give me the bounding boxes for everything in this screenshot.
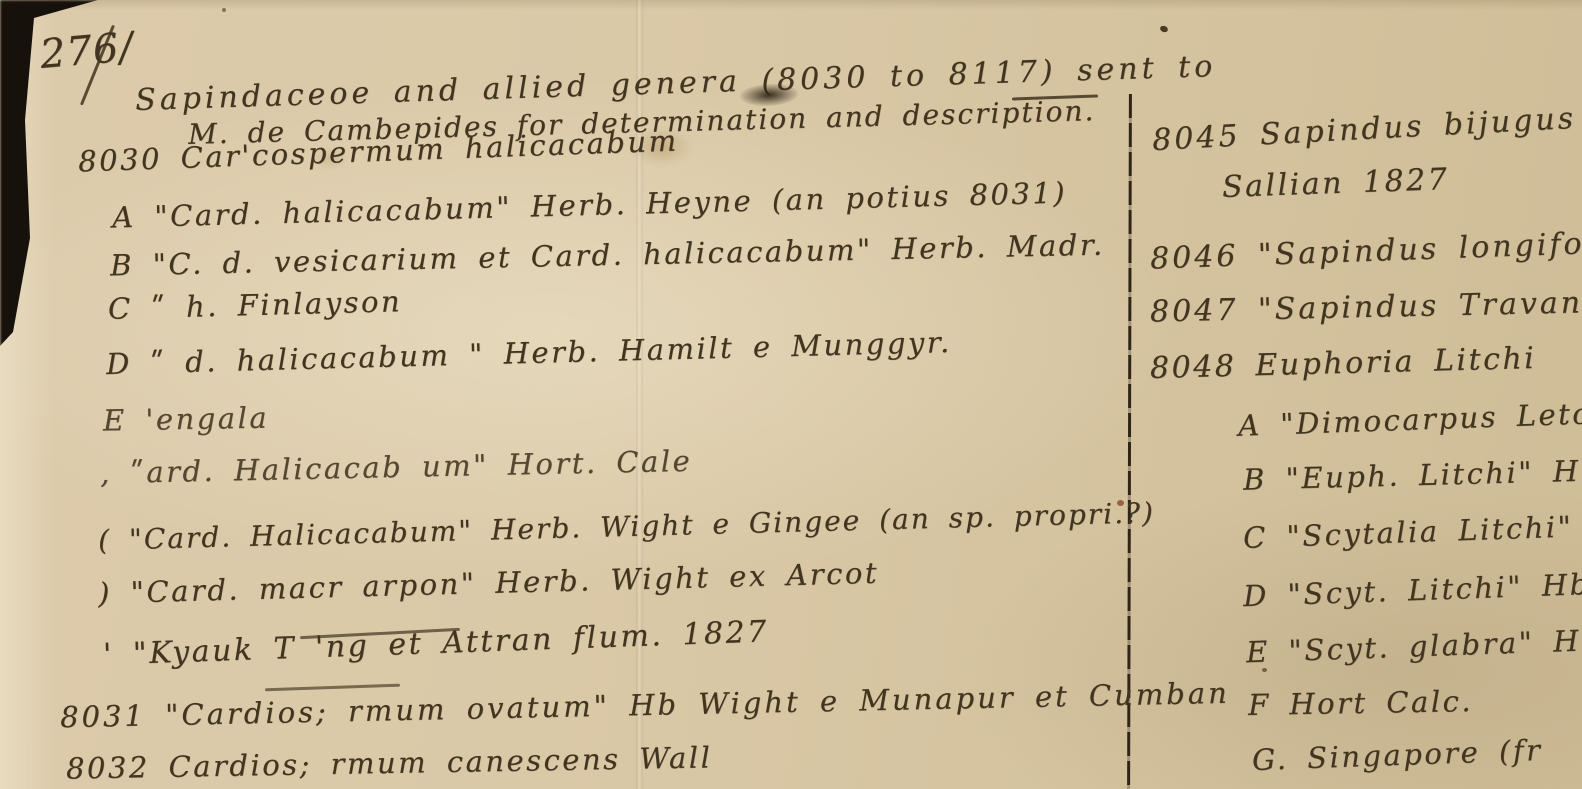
entry-8045: 8045 Sapindus bijugus: [1151, 103, 1576, 157]
manuscript-page: 276/ Sapindaceoe and allied genera (8030…: [0, 0, 1582, 789]
entry-8047: 8047 "Sapindus Travan: [1150, 287, 1582, 328]
entry-8048-d: D "Scyt. Litchi" Hb. M: [1243, 567, 1582, 612]
entry-8030-e: E 'engala: [103, 403, 270, 436]
ink-speck: [1159, 25, 1169, 33]
entry-8045-continuation: Sallian 1827: [1222, 164, 1450, 203]
entry-8046: 8046 "Sapindus longifo: [1150, 228, 1582, 275]
t-crossbar-stroke: [265, 684, 400, 691]
entry-8048-c: C "Scytalia Litchi" "M: [1243, 509, 1582, 553]
entry-8048-a: A "Dimocarpus Letchi: [1238, 397, 1582, 441]
ink-speck: [222, 8, 226, 12]
entry-8030-i: ' "Kyauk T 'ng et Attran flum. 1827: [103, 616, 770, 671]
entry-8048: 8048 Euphoria Litchi: [1150, 343, 1537, 385]
entry-8030-b: B "C. d. vesicarium et Card. halicacabum…: [110, 230, 1105, 281]
entry-8030: 8030 Car'cospermum halicacabum: [78, 126, 679, 177]
entry-8030-a: A "Card. halicacabum" Herb. Heyne (an po…: [112, 178, 1068, 233]
entry-8048-b: B "Euph. Litchi" Hb: [1243, 455, 1582, 495]
entry-8032: 8032 Cardios; rmum canescens Wall: [66, 742, 713, 784]
entry-8031: 8031 "Cardios; rmum ovatum" Hb Wight e M…: [60, 678, 1230, 733]
entry-8030-h: ) "Card. macr arpon" Herb. Wight ex Arco…: [98, 558, 880, 609]
entry-8048-g: G. Singapore (fr: [1252, 735, 1543, 776]
entry-8030-g: ( "Card. Halicacabum" Herb. Wight e Ging…: [98, 498, 1156, 555]
page-number: 276/: [38, 26, 135, 76]
entry-8048-e: E "Scyt. glabra" Hb. M: [1246, 623, 1582, 668]
entry-8030-d: D ʺ d. halicacabum " Herb. Hamilt e Mung…: [106, 327, 952, 380]
entry-8030-c: C ʺ h. Finlayson: [108, 286, 403, 324]
entry-8030-f: , ʺard. Halicacab um" Hort. Cale: [100, 446, 693, 489]
entry-8048-f: F Hort Calc.: [1248, 686, 1474, 720]
